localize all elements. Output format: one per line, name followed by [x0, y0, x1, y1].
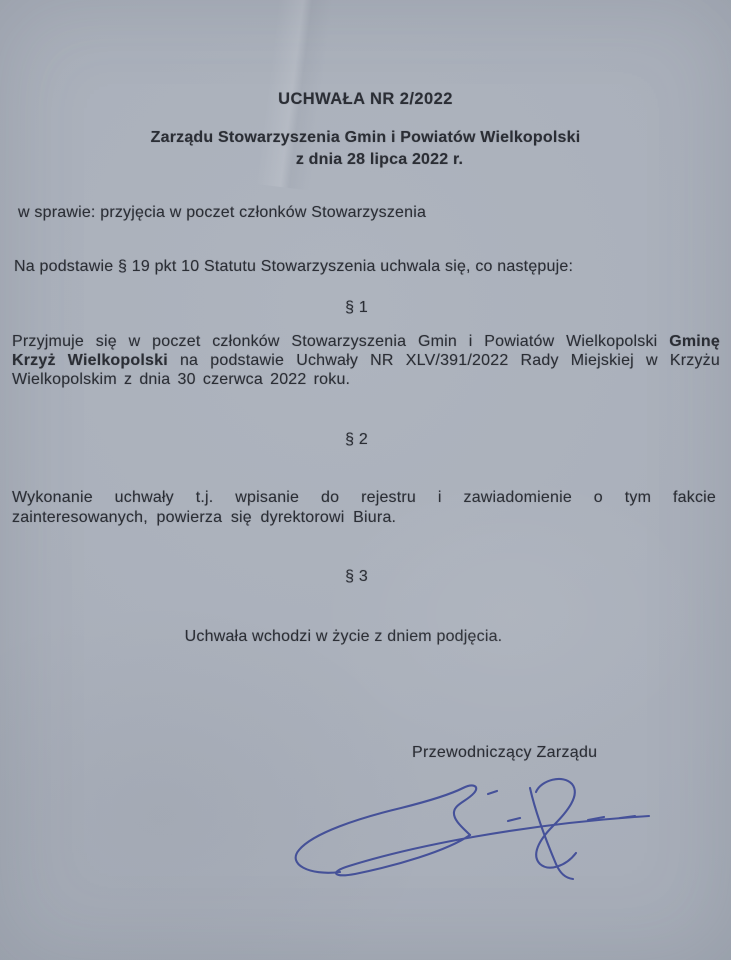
document-title: UCHWAŁA NR 2/2022 [0, 90, 731, 109]
document-photo: UCHWAŁA NR 2/2022 Zarządu Stowarzyszenia… [0, 0, 731, 960]
section-2-body: Wykonanie uchwały t.j. wpisanie do rejes… [12, 488, 716, 527]
issuer-line: Zarządu Stowarzyszenia Gmin i Powiatów W… [0, 128, 731, 147]
section-1-body: Przyjmuje się w poczet członków Stowarzy… [12, 332, 720, 389]
date-line: z dnia 28 lipca 2022 r. [0, 150, 731, 169]
subject-line: w sprawie: przyjęcia w poczet członków S… [18, 203, 426, 222]
section-3-heading: § 3 [0, 567, 731, 586]
handwritten-signature [283, 776, 655, 888]
section-1-body-pre: Przyjmuje się w poczet członków Stowarzy… [12, 333, 669, 350]
section-1-heading: § 1 [0, 298, 731, 317]
section-3-body: Uchwała wchodzi w życie z dniem podjęcia… [0, 627, 731, 646]
signature-role-caption: Przewodniczący Zarządu [412, 743, 597, 762]
signature-ink-icon [283, 776, 655, 888]
legal-basis-line: Na podstawie § 19 pkt 10 Statutu Stowarz… [14, 257, 573, 276]
section-2-heading: § 2 [0, 430, 731, 449]
